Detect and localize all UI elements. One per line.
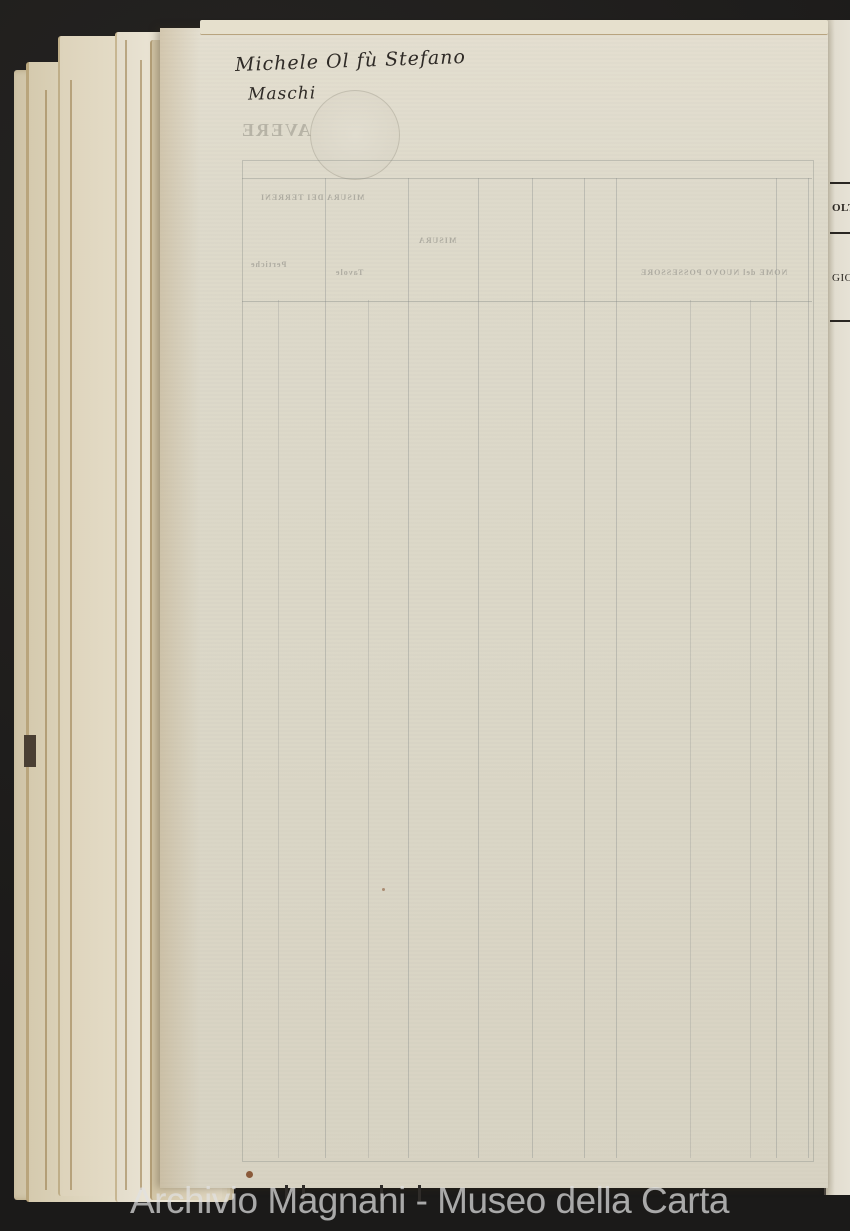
adjacent-page-text: GIO — [832, 272, 850, 284]
sheet-edge — [45, 90, 47, 1190]
archive-watermark: Archivio Magnani - Museo della Carta — [130, 1180, 729, 1222]
column-rule — [408, 178, 409, 1158]
handwritten-name: Michele Ol fù Stefano — [235, 46, 467, 76]
ledger-page: AVERE Michele Ol fù Stefano Maschi MISUR… — [160, 28, 828, 1188]
sub-column-rule — [690, 300, 691, 1158]
sub-column-rule — [750, 300, 751, 1158]
show-through-header: Pertiche — [250, 260, 286, 269]
column-rule — [776, 178, 777, 1158]
handwritten-surname: Maschi — [248, 83, 317, 104]
sheet-edge — [125, 40, 127, 1190]
foxing-spot — [246, 1171, 253, 1178]
column-rule — [616, 178, 617, 1158]
adjacent-page-text: OLT — [832, 202, 850, 214]
column-rule — [478, 178, 479, 1158]
foxing-spot — [382, 888, 385, 891]
column-rule — [808, 178, 809, 1158]
sheet-edge — [70, 80, 72, 1190]
ledger-table — [242, 160, 814, 1162]
show-through-header: NOME del NUOVO POSSESSORE — [640, 268, 787, 277]
column-rule — [532, 178, 533, 1158]
sheet-edge — [140, 60, 142, 1190]
page-top-edge — [200, 20, 828, 35]
damage-mark — [24, 735, 36, 767]
show-through-header: Tavole — [335, 268, 363, 277]
printed-rule — [830, 182, 850, 184]
show-through-header: MISURA — [418, 236, 456, 245]
show-through-header: MISURA DEI TERRENI — [260, 193, 365, 202]
sub-column-rule — [278, 300, 279, 1158]
sub-column-rule — [368, 300, 369, 1158]
printed-rule — [830, 320, 850, 322]
printed-rule — [830, 232, 850, 234]
column-rule — [325, 178, 326, 1158]
show-through-title: AVERE — [240, 120, 311, 141]
column-rule — [584, 178, 585, 1158]
